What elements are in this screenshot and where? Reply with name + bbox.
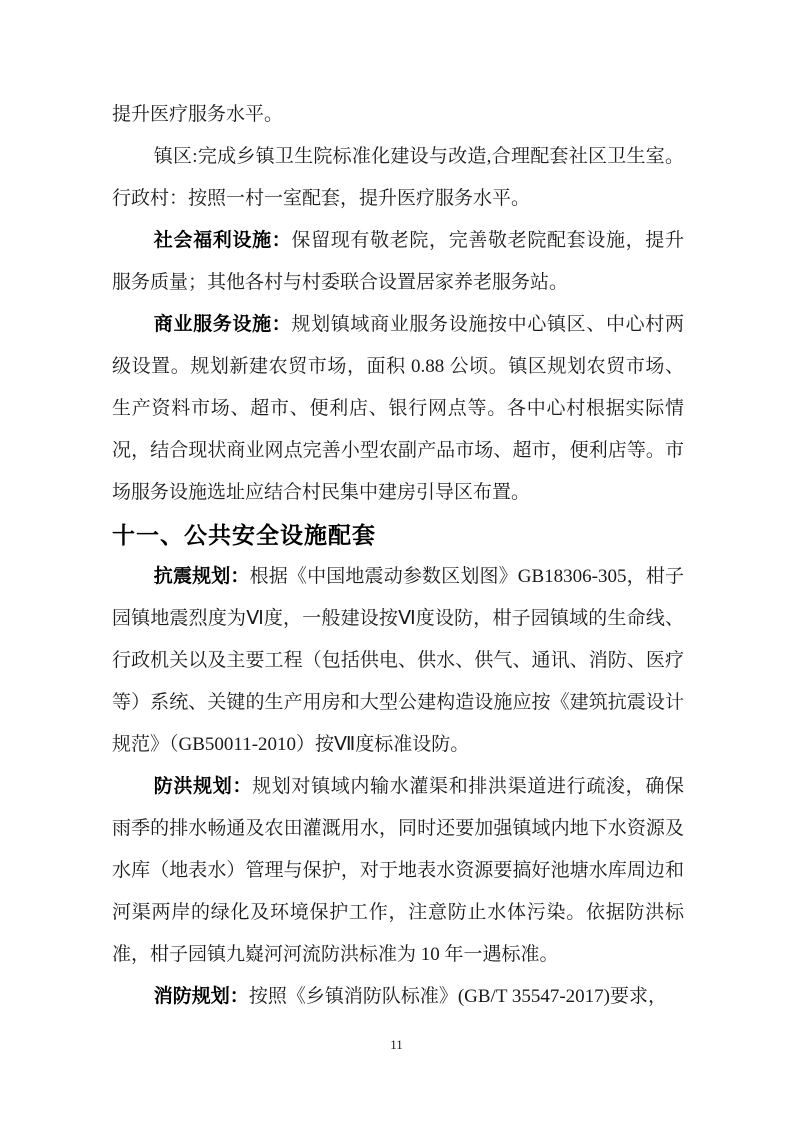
section-heading: 十一、公共安全设施配套 <box>112 514 684 556</box>
document-content: 提升医疗服务水平。镇区:完成乡镇卫生院标准化建设与改造,合理配套社区卫生室。行政… <box>112 94 684 1018</box>
paragraph: 社会福利设施：保留现有敬老院，完善敬老院配套设施，提升服务质量；其他各村与村委联… <box>112 220 684 304</box>
document-page: 提升医疗服务水平。镇区:完成乡镇卫生院标准化建设与改造,合理配套社区卫生室。行政… <box>0 0 793 1122</box>
paragraph-text: 根据《中国地震动参数区划图》GB18306-305，柑子园镇地震烈度为Ⅵ度，一般… <box>112 566 684 755</box>
page-number: 11 <box>0 1036 793 1054</box>
paragraph-lead: 消防规划： <box>154 986 249 1007</box>
paragraph: 商业服务设施：规划镇域商业服务设施按中心镇区、中心村两级设置。规划新建农贸市场，… <box>112 304 684 514</box>
paragraph: 抗震规划：根据《中国地震动参数区划图》GB18306-305，柑子园镇地震烈度为… <box>112 556 684 766</box>
paragraph-text: 按照《乡镇消防队标准》(GB/T 35547-2017)要求， <box>249 986 667 1007</box>
paragraph-lead: 防洪规划： <box>154 776 252 797</box>
paragraph-lead: 抗震规划： <box>154 566 250 587</box>
paragraph: 镇区:完成乡镇卫生院标准化建设与改造,合理配套社区卫生室。行政村：按照一村一室配… <box>112 136 684 220</box>
paragraph-text: 规划对镇域内输水灌渠和排洪渠道进行疏浚，确保雨季的排水畅通及农田灌溉用水，同时还… <box>112 776 684 965</box>
paragraph: 消防规划：按照《乡镇消防队标准》(GB/T 35547-2017)要求， <box>112 976 684 1018</box>
paragraph: 防洪规划：规划对镇域内输水灌渠和排洪渠道进行疏浚，确保雨季的排水畅通及农田灌溉用… <box>112 766 684 976</box>
paragraph-lead: 社会福利设施： <box>154 230 292 251</box>
paragraph-text: 镇区:完成乡镇卫生院标准化建设与改造,合理配套社区卫生室。行政村：按照一村一室配… <box>112 146 684 209</box>
paragraph: 提升医疗服务水平。 <box>112 94 684 136</box>
paragraph-text: 提升医疗服务水平。 <box>112 104 283 125</box>
paragraph-lead: 商业服务设施： <box>154 314 292 335</box>
paragraph-text: 规划镇域商业服务设施按中心镇区、中心村两级设置。规划新建农贸市场，面积 0.88… <box>112 314 684 503</box>
